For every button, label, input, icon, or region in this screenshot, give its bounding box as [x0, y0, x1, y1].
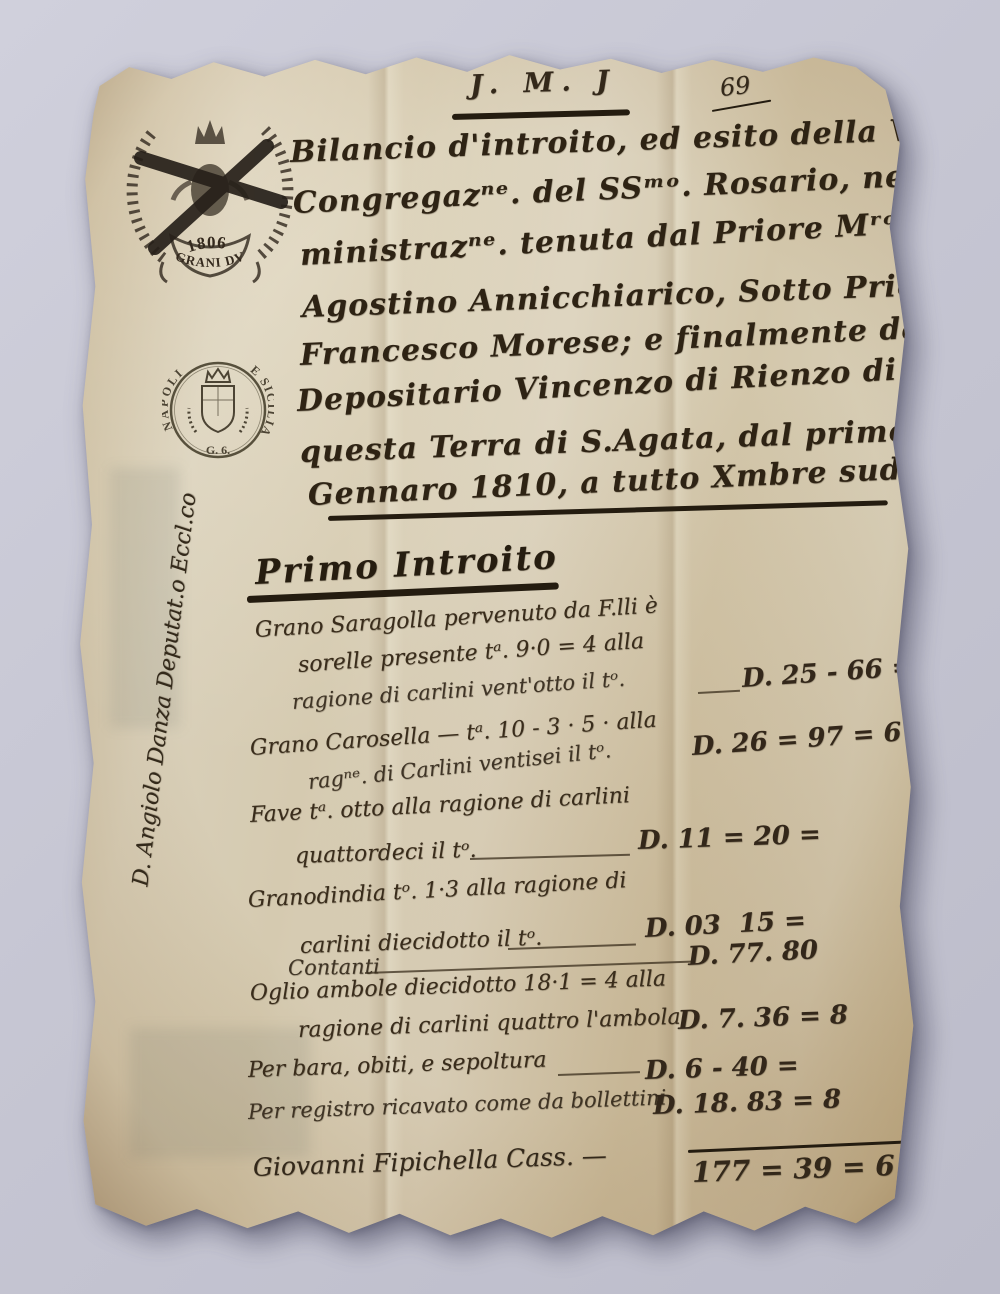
entry-amount: D. 77. 80 — [687, 935, 819, 972]
paper-shadow-wrap: J. M. J 69 1806 — [70, 48, 915, 1240]
seal-text-left: NAPOLI — [162, 365, 187, 433]
entry-amount: D. 11 = 20 = — [637, 820, 821, 856]
leader-line — [698, 690, 740, 694]
folio-number: 69 — [719, 71, 752, 102]
entry-line: quattordeci il tᵒ. — [295, 838, 477, 869]
seal-text-bottom: G. 6. — [206, 443, 230, 457]
total-amount: 177 = 39 = 6 — [691, 1149, 895, 1189]
manuscript-paper: J. M. J 69 1806 — [70, 48, 915, 1240]
photo-background: J. M. J 69 1806 — [0, 0, 1000, 1294]
entry-amount: D. 7. 36 = 8 — [677, 1000, 848, 1036]
entry-line: Per registro ricavato come da bollettini — [248, 1085, 667, 1124]
svg-text:NAPOLI: NAPOLI — [162, 365, 187, 433]
invocation-monogram: J. M. J — [469, 65, 617, 101]
cancellation-x — [141, 146, 281, 248]
entry-line: Fave tᵃ. otto alla ragione di carlini — [249, 783, 630, 828]
entry-amount: D. 18. 83 = 8 — [652, 1084, 841, 1121]
entry-line: Granodindia tᵒ. 1·3 alla ragione di — [247, 868, 627, 913]
revenue-stamp: 1806 GRANI DVE — [125, 90, 295, 288]
entry-line: ragione di carlini quattro l'ambola — [298, 1005, 682, 1043]
dry-seal: NAPOLI E SICILIA G. 6. — [162, 348, 274, 468]
entry-amount: D. 25 - 66 = 8 — [741, 650, 942, 694]
entry-amount: D. 26 = 97 = 6 — [691, 717, 903, 762]
entry-line: carlini diecidotto il tᵒ. — [300, 926, 543, 959]
seal-shield-quarters — [202, 386, 234, 416]
leader-line — [558, 1071, 640, 1076]
seal-crown-icon — [206, 369, 230, 382]
entry-amount: D. 6 - 40 = — [644, 1051, 799, 1086]
show-through-stain — [130, 1028, 310, 1158]
crown-icon — [195, 120, 225, 144]
invocation-underline — [452, 109, 630, 120]
leader-line — [470, 854, 630, 860]
